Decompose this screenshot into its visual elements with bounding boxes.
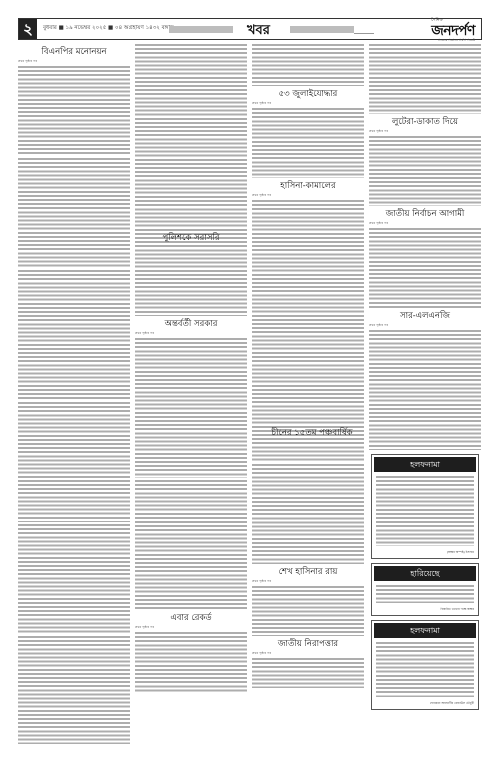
decorative-bar-left: [169, 26, 233, 33]
article-interim-govt[interactable]: অন্তর্বর্তী সরকার প্রথম পৃষ্ঠার পর: [135, 319, 247, 610]
headline: এবার রেকর্ড: [135, 613, 247, 623]
headline: জাতীয় নিরাপত্তার: [252, 639, 364, 649]
notice-signature: বিস্তারিত তথ্যের পক্ষে স্বাক্ষর: [372, 607, 478, 613]
notice-signature: ফোরকান আলমগীর রেজাউল চৌধুরী: [372, 701, 478, 707]
headline: শেখ হাসিনার রায়: [252, 567, 364, 577]
article-body: [252, 352, 364, 462]
headline: সার-এলএনজি: [369, 311, 481, 321]
article-continuation: [135, 44, 247, 194]
decorative-bar-right: [290, 26, 354, 33]
article-body: [252, 586, 364, 636]
byline: প্রথম পৃষ্ঠার পর: [135, 625, 247, 631]
article-police-direct-header[interactable]: পুলিশকে সরাসরি: [135, 230, 247, 245]
notice-title: হারিয়েছে: [374, 566, 476, 581]
article-body: [252, 108, 364, 178]
byline: প্রথম পৃষ্ঠার পর: [369, 323, 481, 329]
byline: প্রথম পৃষ্ঠার পর: [252, 579, 364, 585]
newspaper-logo[interactable]: দৈনিক জনদর্পণ সত্যের সন্ধানে সর্বদা সচেষ…: [431, 17, 475, 44]
article-body: [18, 158, 130, 268]
decorative-line: [354, 33, 374, 34]
column-3: ৫৩ জুলাইযোদ্ধার প্রথম পৃষ্ঠার পর হাসিনা-…: [252, 44, 364, 744]
article-body: [252, 200, 364, 350]
byline: প্রথম পৃষ্ঠার পর: [18, 59, 130, 65]
notice-title: হলফনামা: [374, 457, 476, 472]
article-body: [369, 330, 481, 450]
headline: চীনের ১৫তম পঞ্চবার্ষিক: [252, 428, 372, 438]
article-record[interactable]: এবার রেকর্ড প্রথম পৃষ্ঠার পর: [135, 613, 247, 692]
headline: ৫৩ জুলাইযোদ্ধার: [252, 89, 364, 99]
article-sar-nlc[interactable]: সার-এলএনজি প্রথম পৃষ্ঠার পর: [369, 311, 481, 450]
notice-affidavit-2[interactable]: হলফনামা ফোরকান আলমগীর রেজাউল চৌধুরী: [371, 620, 479, 710]
headline: লুটেরা-ডাকাত দিয়ে: [369, 117, 481, 127]
headline: হাসিনা-কামালের: [252, 181, 364, 191]
article-body: [252, 658, 364, 688]
headline: পুলিশকে সরাসরি: [135, 233, 247, 243]
byline: প্রথম পৃষ্ঠার পর: [369, 129, 481, 135]
logo-title: জনদর্পণ: [431, 24, 475, 38]
page-number: ২: [19, 19, 37, 39]
article-body: [369, 228, 481, 308]
byline: প্রথম পৃষ্ঠার পর: [252, 193, 364, 199]
notice-lost[interactable]: হারিয়েছে বিস্তারিত তথ্যের পক্ষে স্বাক্ষ…: [371, 563, 479, 616]
article-july-uprising[interactable]: ৫৩ জুলাইযোদ্ধার প্রথম পৃষ্ঠার পর: [252, 89, 364, 178]
article-continuation: [135, 196, 247, 316]
article-hasina-kamal[interactable]: হাসিনা-কামালের প্রথম পৃষ্ঠার পর: [252, 181, 364, 564]
byline: প্রথম পৃষ্ঠার পর: [252, 651, 364, 657]
notice-body: [376, 585, 474, 603]
article-china-anniversary-header[interactable]: চীনের ১৫তম পঞ্চবার্ষিক: [252, 425, 372, 440]
column-1: বিএনপির মনোনয়ন প্রথম পৃষ্ঠার পর: [18, 44, 130, 744]
article-body: [135, 632, 247, 692]
article-national-election[interactable]: জাতীয় নির্বাচন আগামী প্রথম পৃষ্ঠার পর: [369, 209, 481, 308]
notice-title: হলফনামা: [374, 623, 476, 638]
article-body: [135, 480, 247, 610]
article-body: [18, 66, 130, 156]
article-body: [252, 464, 364, 564]
headline: অন্তর্বর্তী সরকার: [135, 319, 247, 329]
byline: প্রথম পৃষ্ঠার পর: [369, 221, 481, 227]
article-body: [18, 636, 130, 744]
article-body: [135, 338, 247, 478]
article-national-security[interactable]: জাতীয় নিরাপত্তার প্রথম পৃষ্ঠার পর: [252, 639, 364, 688]
dateline: বুধবার ■ ১৯ নভেম্বর ২০২৫ ■ ০৪ অগ্রহায়ণ …: [43, 25, 174, 33]
column-2: অন্তর্বর্তী সরকার প্রথম পৃষ্ঠার পর এবার …: [135, 44, 247, 744]
article-continuation: [369, 44, 481, 114]
notice-affidavit-1[interactable]: হলফনামা (স্বাক্ষর অস্পষ্ট) ইসলাম: [371, 454, 479, 559]
article-body: [18, 402, 130, 522]
page-masthead: ২ বুধবার ■ ১৯ নভেম্বর ২০২৫ ■ ০৪ অগ্রহায়…: [18, 18, 482, 40]
article-robbers[interactable]: লুটেরা-ডাকাত দিয়ে প্রথম পৃষ্ঠার পর: [369, 117, 481, 206]
notice-body: [376, 476, 474, 546]
column-4: লুটেরা-ডাকাত দিয়ে প্রথম পৃষ্ঠার পর জাতী…: [369, 44, 481, 744]
article-body: [18, 270, 130, 400]
notice-body: [376, 642, 474, 697]
headline: জাতীয় নির্বাচন আগামী: [369, 209, 481, 219]
byline: প্রথম পৃষ্ঠার পর: [252, 101, 364, 107]
section-title: খবর: [247, 21, 270, 42]
article-bnp-nomination[interactable]: বিএনপির মনোনয়ন প্রথম পৃষ্ঠার পর: [18, 47, 130, 744]
headline: বিএনপির মনোনয়ন: [18, 47, 130, 57]
article-continuation: [252, 44, 364, 86]
article-columns: বিএনপির মনোনয়ন প্রথম পৃষ্ঠার পর অন্তর্ব…: [18, 44, 482, 744]
article-body: [18, 524, 130, 634]
notice-signature: (স্বাক্ষর অস্পষ্ট) ইসলাম: [372, 550, 478, 556]
article-hasina-verdict[interactable]: শেখ হাসিনার রায় প্রথম পৃষ্ঠার পর: [252, 567, 364, 636]
article-body: [369, 136, 481, 206]
byline: প্রথম পৃষ্ঠার পর: [135, 331, 247, 337]
